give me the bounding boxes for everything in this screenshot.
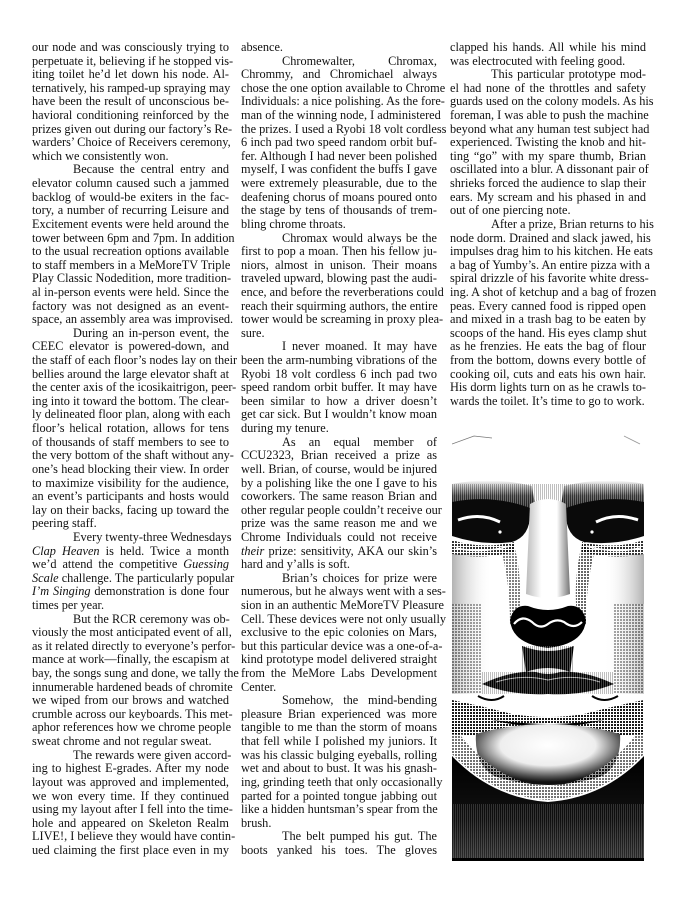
text-line: perpetuate it, believing if he stopped v… (32, 55, 229, 69)
text-line: foreman, I was able to push the machine (450, 109, 646, 123)
text-line: The belt pumped his gut. The (241, 830, 437, 844)
text-line: niors, almost in unison. Their moans (241, 259, 437, 273)
text-line: Excitement events were held around the (32, 218, 229, 232)
text-line: factory was not designed as an event- (32, 300, 229, 314)
text-line: After a prize, Brian returns to his (450, 218, 646, 232)
text-line: floor’s helical rotation, allows for ten… (32, 422, 229, 436)
text-line: prizes given out during our factory’s Re… (32, 123, 229, 137)
text-line: a bag of Yumby’s. An entire pizza with a (450, 259, 646, 273)
text-line: peering staff. (32, 517, 229, 531)
text-line: like a hidden huntsman’s spear from the (241, 803, 437, 817)
text-line: ing into it toward the bottom. The clear… (32, 395, 229, 409)
text-line: elevator column caused such a jammed (32, 177, 229, 191)
text-line: was electrocuted with feeling good. (450, 55, 646, 69)
text-line: during my tenure. (241, 422, 437, 436)
text-line: Somehow, the mind-bending (241, 694, 437, 708)
text-line: iting toilet he’d let down his node. Al- (32, 68, 229, 82)
text-line: times per year. (32, 599, 229, 613)
text-run: challenge. The particularly popular (59, 571, 235, 585)
text-line: al in-person events were held. Since the (32, 286, 229, 300)
text-column-middle: absence.Chromewalter, Chromax,Chrommy, a… (241, 41, 437, 858)
text-line: Center. (241, 681, 437, 695)
text-line: get car sick. But I wouldn’t know moan (241, 408, 437, 422)
text-line: bay, the songs sung and done, we tally t… (32, 667, 229, 681)
italic-title: Guessing (183, 557, 229, 571)
text-line: ing. A shot of ketchup and a bag of froz… (450, 286, 646, 300)
text-line: Clap Heaven is held. Twice a month (32, 545, 229, 559)
document-page: our node and was consciously trying tope… (0, 0, 695, 899)
text-line: man of the winning node, I administered (241, 109, 437, 123)
text-run: demonstration is done four (91, 584, 229, 598)
text-line: coworkers. The same reason Brian and (241, 490, 437, 504)
text-line: numerous, but he always went with a ses- (241, 585, 437, 599)
text-line: other regular people couldn’t receive ou… (241, 504, 437, 518)
text-line: been the arm-numbing vibrations of the (241, 354, 437, 368)
text-line: Chromewalter, Chromax, (241, 55, 437, 69)
text-line: ing, grinding teeth that only occasional… (241, 776, 437, 790)
text-line: to staff members in a MeMoreTV Triple (32, 259, 229, 273)
text-line: speed random orbit buffer. It may have (241, 381, 437, 395)
text-line: crumble across our keyboards. This met- (32, 708, 229, 722)
text-line: Chrommy, and Chromichael always (241, 68, 437, 82)
text-line: well. Brian, of course, would be injured (241, 463, 437, 477)
text-line: impulses drag him to his kitchen. He eat… (450, 245, 646, 259)
text-line: node dorm. Drained and slack jawed, his (450, 232, 646, 246)
text-line: Brian’s choices for prize were (241, 572, 437, 586)
text-line: innumerable hardened beads of chromite (32, 681, 229, 695)
text-line: warders’ Choice of Receivers ceremony, (32, 136, 229, 150)
text-line: the staff of each floor’s nodes lay on t… (32, 354, 229, 368)
text-line: sure. (241, 327, 437, 341)
text-line: were extremely pleasurable, due to the (241, 177, 437, 191)
text-line: kind prototype model delivered straight (241, 653, 437, 667)
text-line: scoops of the hand. His eyes clamp shut (450, 327, 646, 341)
text-line: bling chrome throats. (241, 218, 437, 232)
text-line: aphor references how we chrome people (32, 721, 229, 735)
text-line: spiral drizzle of his favorite white dre… (450, 272, 646, 286)
text-line: His dorm lights turn on as he crawls to- (450, 381, 646, 395)
text-line: our node and was consciously trying to (32, 41, 229, 55)
text-line: Cell. These devices were not only usuall… (241, 613, 437, 627)
text-line: their prize: sensitivity, AKA our skin’s (241, 545, 437, 559)
text-line: sion in an authentic MeMoreTV Pleasure (241, 599, 437, 613)
text-line: was his classic bulging eyeballs, rollin… (241, 749, 437, 763)
text-line: wet and about to bust. It was his gnash- (241, 762, 437, 776)
text-line: beyond what any human test subject had (450, 123, 646, 137)
text-line: which we consistently won. (32, 150, 229, 164)
text-line: the prizes. I used a Ryobi 18 volt cordl… (241, 123, 437, 137)
text-line: by a polishing like the one I gave to hi… (241, 477, 437, 491)
text-line: havioral conditioning reinforced by the (32, 109, 229, 123)
text-line: and mixed in a trash bag to be eaten by (450, 313, 646, 327)
text-line: Chromax would always be the (241, 232, 437, 246)
text-line: viously the most anticipated event of al… (32, 626, 229, 640)
text-line: CEEC elevator is powered-down, and (32, 340, 229, 354)
text-line: The rewards were given accord- (32, 749, 229, 763)
text-line: reach their squirming authors, the entir… (241, 300, 437, 314)
text-line: layout was approved and implemented, (32, 776, 229, 790)
text-line: to the usual recreation options availabl… (32, 245, 229, 259)
text-line: exclusive to the epic colonies on Mars, (241, 626, 437, 640)
text-line: we won every time. If they continued (32, 790, 229, 804)
text-line: using my layout after I fell into the ti… (32, 803, 229, 817)
text-line: fer. Although I had never been polished (241, 150, 437, 164)
text-line: an event’s participants and hosts would (32, 490, 229, 504)
text-line: deafening chorus of moans poured onto (241, 191, 437, 205)
text-line: parted for a pointed tongue jabbing out (241, 790, 437, 804)
text-line: Every twenty-three Wednesdays (32, 531, 229, 545)
text-line: brush. (241, 817, 437, 831)
text-line: one’s head blocking their view. In order (32, 463, 229, 477)
italic-title: I’m Singing (32, 584, 91, 598)
text-line: as it related directly to everyone’s per… (32, 640, 229, 654)
text-line: Because the central entry and (32, 163, 229, 177)
text-line: ence, and before the reverberations coul… (241, 286, 437, 300)
text-line: ternatively, his ramped-up spraying may (32, 82, 229, 96)
halftone-face-illustration (452, 424, 644, 861)
text-line: absence. (241, 41, 437, 55)
text-line: el had none of the throttles and safety (450, 82, 646, 96)
text-line: Individuals: a nice polishing. As the fo… (241, 95, 437, 109)
text-line: that fell while I polished my juniors. I… (241, 735, 437, 749)
text-line: I’m Singing demonstration is done four (32, 585, 229, 599)
text-line: bellies around the large elevator shaft … (32, 368, 229, 382)
text-line: lay on their backs, facing up toward the (32, 504, 229, 518)
text-line: I never moaned. It may have (241, 340, 437, 354)
italic-title: Scale (32, 571, 59, 585)
text-line: we’d attend the competitive Guessing (32, 558, 229, 572)
text-line: ly delineated floor plan, along with eac… (32, 408, 229, 422)
text-line: As an equal member of (241, 436, 437, 450)
text-line: boots yanked his toes. The gloves (241, 844, 437, 858)
text-run: we’d attend the competitive (32, 557, 183, 571)
text-line: from the MeMore Labs Development (241, 667, 437, 681)
text-line: clapped his hands. All while his mind (450, 41, 646, 55)
text-line: traveled upward, blowing past the audi- (241, 272, 437, 286)
text-run: prize: sensitivity, AKA our skin’s (264, 544, 437, 558)
text-line: first to pop a moan. Then his fellow ju- (241, 245, 437, 259)
text-line: as he frenzies. He eats the bag of flour (450, 340, 646, 354)
text-line: Ryobi 18 volt cordless 6 inch pad two (241, 368, 437, 382)
text-line: Chrome Individuals could not receive (241, 531, 437, 545)
text-run: is held. Twice a month (100, 544, 229, 558)
text-line: the stage by tens of thousands of trem- (241, 204, 437, 218)
text-line: CCU2323, Brian received a prize as (241, 449, 437, 463)
text-line: LIVE!, I believe they would have contin- (32, 830, 229, 844)
text-line: Play Classic Nodedition, more tradition- (32, 272, 229, 286)
text-line: mance at work—finally, the escapism at (32, 653, 229, 667)
text-line: tangible to me than the storm of moans (241, 721, 437, 735)
text-line: But the RCR ceremony was ob- (32, 613, 229, 627)
text-line: prize was the same reason me and we (241, 517, 437, 531)
text-line: space, an assembly area was improvised. (32, 313, 229, 327)
text-line: 6 inch pad two speed random orbit buf- (241, 136, 437, 150)
italic-title: Clap Heaven (32, 544, 100, 558)
text-line: During an in-person event, the (32, 327, 229, 341)
text-line: experienced. Twisting the knob and hit- (450, 136, 646, 150)
text-line: ing to highest E-grades. After my node (32, 762, 229, 776)
text-line: tower between 6pm and 7pm. In addition (32, 232, 229, 246)
text-line: been similar to how a driver doesn’t (241, 395, 437, 409)
text-line: wards the toilet. It’s time to go to wor… (450, 395, 646, 409)
text-line: but this particular device was a one-of-… (241, 640, 437, 654)
text-line: have been the result of unconscious be- (32, 95, 229, 109)
text-line: out of one piercing note. (450, 204, 646, 218)
text-line: the very bottom of the shaft without any… (32, 449, 229, 463)
text-line: cooking oil, cuts and eats his own hair. (450, 368, 646, 382)
text-column-left: our node and was consciously trying tope… (32, 41, 229, 858)
italic-title: their (241, 544, 264, 558)
text-line: from the bottom, downs every bottle of (450, 354, 646, 368)
text-line: shrieks forced the audience to slap thei… (450, 177, 646, 191)
text-line: guards used on the colony models. As his (450, 95, 646, 109)
text-line: ting “go” with my spare thumb, Brian (450, 150, 646, 164)
text-line: tower would be screaming in proxy plea- (241, 313, 437, 327)
text-column-right: clapped his hands. All while his mindwas… (450, 41, 646, 408)
text-line: hole and appeared on Skeleton Realm (32, 817, 229, 831)
text-line: sweat chrome and not regular sweat. (32, 735, 229, 749)
text-line: chose the one option available to Chrome (241, 82, 437, 96)
text-line: myself, I was confident the buffs I gave (241, 163, 437, 177)
text-line: to maximize visibility for the audience, (32, 477, 229, 491)
text-line: of thousands of staff members to see to (32, 436, 229, 450)
text-line: This particular prototype mod- (450, 68, 646, 82)
text-line: oscillated into a blur. A dissonant pair… (450, 163, 646, 177)
text-line: Scale challenge. The particularly popula… (32, 572, 229, 586)
text-line: peas. Every canned food is ripped open (450, 300, 646, 314)
text-line: we wiped from our brows and watched (32, 694, 229, 708)
text-line: tory, a number of recurring Leisure and (32, 204, 229, 218)
text-line: hard and y’alls is soft. (241, 558, 437, 572)
text-line: backlog of would-be exiters in the fac- (32, 191, 229, 205)
text-line: pleasure Brian experienced was more (241, 708, 437, 722)
text-line: the center axis of the icosikaitrigon, p… (32, 381, 229, 395)
text-line: ears. My scream and his phased in and (450, 191, 646, 205)
text-line: ued claiming the first place even in my (32, 844, 229, 858)
